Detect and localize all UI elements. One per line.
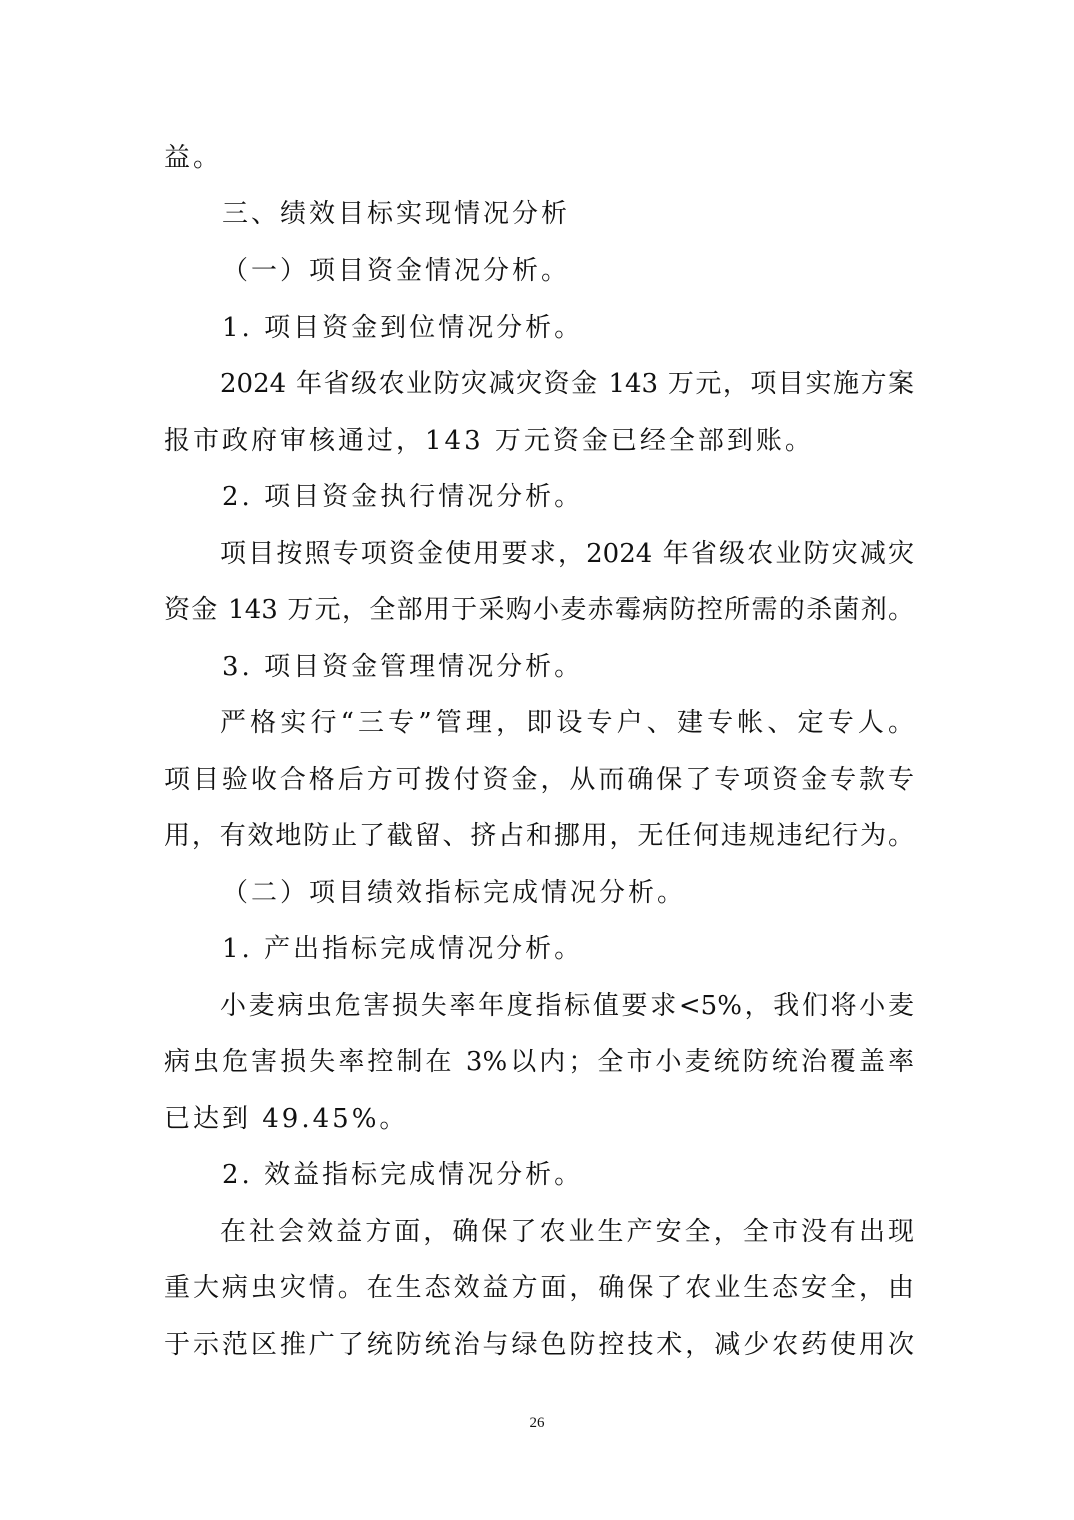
text-line: 重大病虫灾情。在生态效益方面，确保了农业生态安全，由: [164, 1270, 914, 1306]
text-line: 1. 产出指标完成情况分析。: [222, 931, 972, 967]
text-line: 三、绩效目标实现情况分析: [222, 196, 972, 232]
text-line: 益。: [164, 140, 914, 176]
text-line: 于示范区推广了统防统治与绿色防控技术，减少农药使用次: [164, 1327, 914, 1363]
text-line: 严格实行“三专”管理，即设专户、建专帐、定专人。: [220, 705, 914, 741]
text-line: 1. 项目资金到位情况分析。: [222, 310, 972, 346]
text-line: 在社会效益方面，确保了农业生产安全，全市没有出现: [220, 1214, 914, 1250]
text-line: 2. 效益指标完成情况分析。: [222, 1157, 972, 1193]
text-line: 2024 年省级农业防灾减灾资金 143 万元，项目实施方案: [220, 366, 914, 402]
text-line: 3. 项目资金管理情况分析。: [222, 649, 972, 685]
text-line: 已达到 49.45%。: [164, 1101, 914, 1137]
text-line: 小麦病虫危害损失率年度指标值要求<5%，我们将小麦: [220, 988, 914, 1024]
text-line: 2. 项目资金执行情况分析。: [222, 479, 972, 515]
text-line: 报市政府审核通过，143 万元资金已经全部到账。: [164, 423, 914, 459]
text-line: 项目按照专项资金使用要求，2024 年省级农业防灾减灾: [220, 536, 914, 572]
text-line: （二）项目绩效指标完成情况分析。: [222, 875, 972, 911]
document-page: 益。三、绩效目标实现情况分析（一）项目资金情况分析。1. 项目资金到位情况分析。…: [0, 0, 1074, 1520]
page-number: 26: [0, 1413, 1074, 1433]
text-line: 资金 143 万元，全部用于采购小麦赤霉病防控所需的杀菌剂。: [164, 592, 914, 628]
text-line: （一）项目资金情况分析。: [222, 253, 972, 289]
text-line: 用，有效地防止了截留、挤占和挪用，无任何违规违纪行为。: [164, 818, 914, 854]
text-line: 病虫危害损失率控制在 3%以内；全市小麦统防统治覆盖率: [164, 1044, 914, 1080]
text-line: 项目验收合格后方可拨付资金，从而确保了专项资金专款专: [164, 762, 914, 798]
